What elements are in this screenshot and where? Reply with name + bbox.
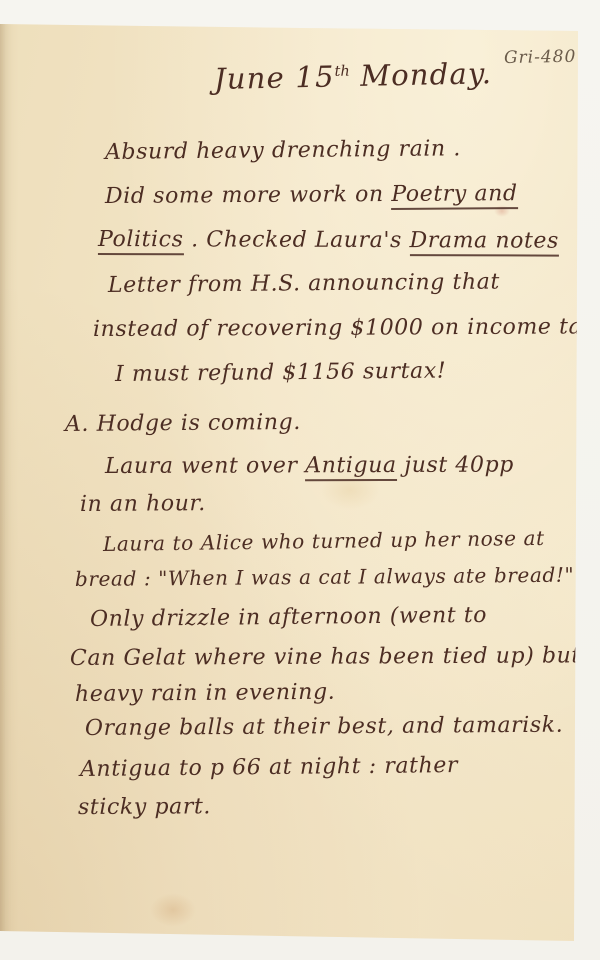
- date-month-day: June 15: [214, 59, 335, 96]
- underlined-text-segment: Politics: [98, 227, 184, 255]
- underlined-text-segment: Poetry and: [391, 181, 518, 210]
- text-segment: in an hour.: [80, 491, 206, 517]
- text-segment: instead of recovering $1000 on income ta…: [93, 314, 595, 342]
- diary-line: sticky part.: [78, 794, 211, 820]
- text-segment: Only drizzle in afternoon (went to: [90, 603, 487, 632]
- underlined-text-segment: Drama notes: [409, 228, 559, 257]
- diary-line: Can Gelat where vine has been tied up) b…: [70, 643, 581, 671]
- manuscript-page: Gri-480 June 15th Monday. Absurd heavy d…: [0, 0, 600, 960]
- text-segment: Orange balls at their best, and tamarisk…: [85, 713, 563, 741]
- diary-line: Only drizzle in afternoon (went to: [90, 603, 487, 632]
- date-day-name: Monday.: [349, 56, 492, 93]
- diary-line: bread : "When I was a cat I always ate b…: [75, 563, 574, 591]
- paper-stain: [150, 893, 196, 927]
- text-segment: A. Hodge is coming.: [65, 410, 301, 437]
- text-segment: just 40pp: [397, 453, 514, 478]
- diary-line: I must refund $1156 surtax!: [115, 359, 447, 387]
- text-segment: Letter from H.S. announcing that: [108, 270, 500, 298]
- text-segment: heavy rain in evening.: [75, 680, 336, 707]
- diary-line: Laura went over Antigua just 40pp: [105, 453, 514, 479]
- diary-line: Orange balls at their best, and tamarisk…: [85, 713, 563, 741]
- text-segment: Absurd heavy drenching rain .: [105, 136, 461, 165]
- text-segment: Laura to Alice who turned up her nose at: [103, 526, 545, 556]
- diary-line: in an hour.: [80, 491, 206, 517]
- diary-line: Letter from H.S. announcing that: [108, 270, 500, 298]
- text-segment: . Checked Laura's: [183, 227, 409, 253]
- text-segment: Antigua to p 66 at night : rather: [80, 753, 458, 782]
- diary-line: Laura to Alice who turned up her nose at: [103, 526, 545, 556]
- underlined-text-segment: Antigua: [305, 453, 397, 481]
- diary-line: Absurd heavy drenching rain .: [105, 136, 461, 165]
- diary-line: Did some more work on Poetry and: [105, 181, 518, 209]
- diary-line: heavy rain in evening.: [75, 680, 336, 707]
- ordinal-suffix: th: [334, 64, 350, 80]
- diary-line: instead of recovering $1000 on income ta…: [93, 314, 595, 342]
- diary-line: Antigua to p 66 at night : rather: [80, 753, 458, 782]
- text-segment: Did some more work on: [105, 182, 391, 209]
- text-segment: Can Gelat where vine has been tied up) b…: [70, 643, 581, 671]
- diary-line: Politics . Checked Laura's Drama notes: [98, 227, 559, 254]
- text-segment: I must refund $1156 surtax!: [115, 359, 447, 387]
- catalog-number: Gri-480: [504, 47, 577, 68]
- date-heading: June 15th Monday.: [214, 56, 493, 96]
- text-segment: bread : "When I was a cat I always ate b…: [75, 563, 574, 591]
- text-segment: sticky part.: [78, 794, 211, 820]
- text-segment: Laura went over: [105, 453, 305, 479]
- diary-line: A. Hodge is coming.: [65, 410, 301, 437]
